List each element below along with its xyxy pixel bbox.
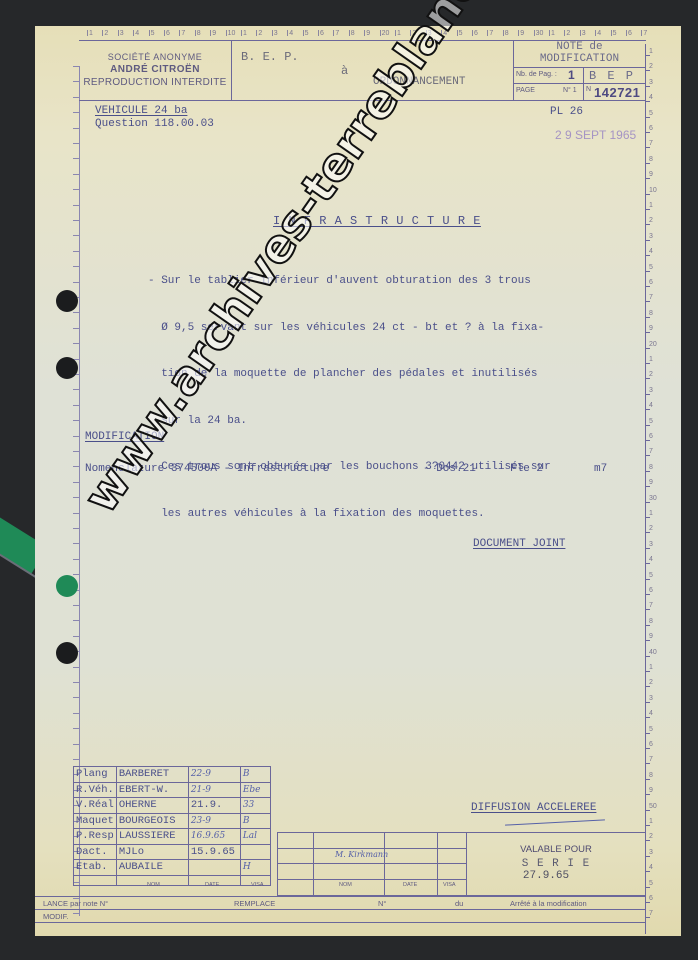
ruler-number: 6 (649, 587, 653, 594)
signature-visa: 33 (240, 798, 270, 814)
ruler-number: 40 (649, 649, 657, 656)
attachment-note: DOCUMENT JOINT (473, 538, 565, 550)
signature-header-cell (74, 875, 117, 885)
ruler-tick (179, 30, 180, 36)
nb-pages-label: Nb. de Pag. : (516, 71, 557, 78)
header-divider-1 (231, 40, 232, 100)
ruler-tick (87, 30, 88, 36)
ruler-tick (73, 143, 79, 144)
ruler-tick (73, 574, 79, 575)
ruler-tick (73, 205, 79, 206)
ruler-tick (645, 332, 650, 333)
ruler-tick (210, 30, 211, 36)
validity-label: VALABLE POUR (466, 844, 646, 855)
signature-date: 21-9 (188, 782, 240, 798)
signature-role: Dact. (74, 844, 117, 860)
ruler-tick (645, 363, 650, 364)
modification-code: m7 (594, 463, 607, 475)
signature-visa: Lal (240, 829, 270, 845)
ruler-tick (645, 348, 650, 349)
ruler-tick (549, 30, 550, 36)
ruler-tick (73, 744, 79, 745)
ruler-tick (645, 502, 650, 503)
ruler-number: 1 (649, 48, 653, 55)
ruler-tick (645, 209, 650, 210)
ruler-tick (645, 455, 650, 456)
second-block-row-line (277, 879, 467, 880)
ruler-number: 6 (166, 30, 170, 37)
ruler-number: 9 (649, 787, 653, 794)
dept-code: B E P (589, 69, 635, 83)
ruler-tick (645, 286, 650, 287)
ruler-number: 9 (212, 30, 216, 37)
header-divider-4 (513, 83, 646, 84)
ruler-number: 20 (649, 341, 657, 348)
vehicle-title: VEHICULE 24 ba (95, 105, 187, 117)
ruler-number: 2 (104, 30, 108, 37)
ruler-number: 5 (151, 30, 155, 37)
ruler-tick (287, 30, 288, 36)
header-divider-5 (583, 67, 584, 100)
ruler-tick (645, 317, 650, 318)
body-line: sur la 24 ba. (148, 414, 551, 430)
ruler-number: 6 (649, 125, 653, 132)
ruler-tick (73, 682, 79, 683)
ruler-tick (645, 194, 650, 195)
ruler-number: 30 (536, 30, 544, 37)
ruler-number: 8 (505, 30, 509, 37)
punch-hole (56, 575, 78, 597)
ruler-number: 2 (566, 30, 570, 37)
ruler-tick (645, 902, 650, 903)
ruler-number: 3 (582, 30, 586, 37)
ruler-number: 3 (649, 849, 653, 856)
ruler-number: 7 (489, 30, 493, 37)
header-divider-3 (513, 67, 646, 68)
ruler-tick (645, 86, 650, 87)
ruler-tick (364, 30, 365, 36)
footer-mid-line (35, 909, 646, 910)
ruler-number: 9 (649, 325, 653, 332)
ruler-number: 9 (520, 30, 524, 37)
ruler-tick (73, 513, 79, 514)
ruler-number: 8 (649, 156, 653, 163)
ruler-number: 4 (649, 248, 653, 255)
ruler-tick (645, 240, 650, 241)
signature-row: Dact.MJLo15.9.65 (74, 844, 271, 860)
signature-role: Plang (74, 767, 117, 783)
date-stamp: 2 9 SEPT 1965 (555, 128, 636, 142)
ruler-tick (73, 636, 79, 637)
nb-pages-value: 1 (568, 68, 575, 82)
signature-visa: H (240, 860, 270, 876)
ruler-tick (645, 378, 650, 379)
ruler-number: 5 (649, 264, 653, 271)
second-block-col-line (437, 832, 438, 896)
second-block-row-line (277, 848, 467, 849)
number-label: N (586, 86, 591, 93)
ruler-tick (73, 343, 79, 344)
signature-visa (240, 844, 270, 860)
ruler-tick (564, 30, 565, 36)
ruler-tick (645, 625, 650, 626)
signature-role: V.Réal (74, 798, 117, 814)
ruler-tick (73, 266, 79, 267)
signature-name: LAUSSIERE (116, 829, 188, 845)
ruler-tick (487, 30, 488, 36)
footer-arrete-label: Arrêté à la modification (510, 899, 587, 908)
ruler-number: 2 (649, 525, 653, 532)
col-visa-label: VISA (251, 882, 264, 888)
ruler-number: 8 (649, 310, 653, 317)
ruler-tick (645, 748, 650, 749)
signature-date: 22-9 (188, 767, 240, 783)
ruler-tick (645, 763, 650, 764)
ruler-tick (645, 486, 650, 487)
ruler-number: 6 (628, 30, 632, 37)
ruler-number: 2 (649, 217, 653, 224)
ruler-tick (641, 30, 642, 36)
ruler-tick (73, 97, 79, 98)
ruler-number: 9 (649, 633, 653, 640)
ruler-number: 4 (289, 30, 293, 37)
ruler-number: 7 (649, 140, 653, 147)
ruler-tick (645, 255, 650, 256)
ruler-tick (645, 440, 650, 441)
ruler-number: 7 (649, 756, 653, 763)
ruler-number: 1 (649, 202, 653, 209)
ruler-tick (73, 405, 79, 406)
ruler-tick (73, 528, 79, 529)
signature-role: Etab. (74, 860, 117, 876)
sender-department: B. E. P. (241, 50, 299, 64)
ruler-tick (318, 30, 319, 36)
col-nom-label: NOM (147, 882, 160, 888)
ruler-tick (645, 579, 650, 580)
ruler-number: 1 (649, 510, 653, 517)
ruler-tick (645, 609, 650, 610)
second-signature-block (277, 832, 467, 896)
ruler-tick (645, 70, 650, 71)
ruler-tick (73, 759, 79, 760)
ruler-number: 3 (649, 541, 653, 548)
signature-row: P.RespLAUSSIERE16.9.65Lal (74, 829, 271, 845)
ruler-tick (73, 913, 79, 914)
ruler-number: 7 (649, 910, 653, 917)
second-col-nom-label: NOM (339, 882, 352, 888)
page-label: PAGE (516, 87, 535, 94)
ruler-number: 8 (351, 30, 355, 37)
ruler-number: 4 (135, 30, 139, 37)
second-col-visa-label: VISA (443, 882, 456, 888)
ruler-tick (303, 30, 304, 36)
ruler-number: 6 (649, 741, 653, 748)
ruler-number: 6 (474, 30, 478, 37)
ruler-number: 2 (649, 371, 653, 378)
ruler-tick (73, 174, 79, 175)
signature-visa: Ebe (240, 782, 270, 798)
company-name: ANDRÉ CITROËN (79, 64, 231, 75)
ruler-tick (226, 30, 227, 36)
ruler-number: 3 (649, 79, 653, 86)
ruler-number: 2 (649, 833, 653, 840)
ruler-tick (534, 30, 535, 36)
signature-role: R.Véh. (74, 782, 117, 798)
ruler-number: 8 (649, 464, 653, 471)
ruler-number: 3 (120, 30, 124, 37)
ruler-tick (241, 30, 242, 36)
ruler-tick (272, 30, 273, 36)
ruler-number: 1 (649, 664, 653, 671)
ruler-number: 5 (649, 880, 653, 887)
ruler-tick (73, 251, 79, 252)
punch-hole (56, 357, 78, 379)
folio-number: Fle 2 (510, 463, 543, 475)
col-date-label: DATE (205, 882, 219, 888)
signature-table: PlangBARBERET22-9BR.Véh.EBERT-W.21-9EbeV… (73, 766, 271, 886)
ruler-tick (472, 30, 473, 36)
ruler-tick (645, 147, 650, 148)
ruler-tick (73, 728, 79, 729)
ruler-tick (645, 656, 650, 657)
second-col-date-label: DATE (403, 882, 417, 888)
signature-name: BOURGEOIS (116, 813, 188, 829)
ruler-tick (645, 425, 650, 426)
ruler-number: 1 (551, 30, 555, 37)
signature-name: BARBERET (116, 767, 188, 783)
ruler-tick (73, 328, 79, 329)
punch-hole (56, 290, 78, 312)
signature-row: Etab.AUBAILEH (74, 860, 271, 876)
punch-hole (56, 642, 78, 664)
right-ruler: 1234567891012345678920123456789301234567… (645, 44, 681, 934)
doc-type-line-2: MODIFICATION (513, 53, 646, 65)
ruler-tick (645, 733, 650, 734)
footer-lance-label: LANCE par note N° (43, 899, 108, 908)
validity-serie: S E R I E (466, 858, 646, 870)
ruler-tick (611, 30, 612, 36)
signature-name: AUBAILE (116, 860, 188, 876)
ruler-tick (73, 112, 79, 113)
ruler-tick (645, 702, 650, 703)
footer-top-line (35, 896, 646, 897)
signature-role: P.Resp (74, 829, 117, 845)
ruler-tick (133, 30, 134, 36)
doc-type-line-1: NOTE de (513, 41, 646, 53)
ruler-tick (645, 563, 650, 564)
ruler-number: 9 (366, 30, 370, 37)
ruler-tick (645, 178, 650, 179)
ruler-number: 1 (649, 356, 653, 363)
ruler-tick (195, 30, 196, 36)
ruler-tick (73, 128, 79, 129)
ruler-tick (645, 794, 650, 795)
ruler-tick (73, 158, 79, 159)
footer-du-label: du (455, 899, 463, 908)
ruler-tick (645, 532, 650, 533)
ruler-number: 50 (649, 803, 657, 810)
diffusion-note: DIFFUSION ACCELEREE (471, 802, 596, 814)
ruler-tick (73, 312, 79, 313)
ruler-number: 4 (649, 94, 653, 101)
second-block-col-line (384, 832, 385, 896)
ruler-tick (645, 271, 650, 272)
footer-remplace-label: REMPLACE (234, 899, 275, 908)
second-block-row-line (277, 863, 467, 864)
ruler-number: 1 (243, 30, 247, 37)
ruler-tick (73, 497, 79, 498)
ruler-tick (503, 30, 504, 36)
ruler-number: 7 (335, 30, 339, 37)
signature-date: 15.9.65 (188, 844, 240, 860)
ruler-number: 20 (382, 30, 390, 37)
ruler-tick (73, 605, 79, 606)
ruler-number: 3 (649, 233, 653, 240)
ruler-number: 7 (649, 448, 653, 455)
ruler-tick (645, 132, 650, 133)
ruler-number: 1 (649, 818, 653, 825)
ruler-tick (645, 594, 650, 595)
signature-row: R.Véh.EBERT-W.21-9Ebe (74, 782, 271, 798)
second-block-name: M. Kirkmann (335, 850, 388, 859)
signature-name: MJLo (116, 844, 188, 860)
ruler-number: 3 (274, 30, 278, 37)
ruler-number: 6 (649, 433, 653, 440)
ruler-tick (380, 30, 381, 36)
dossier-number: - Dos.21 (423, 463, 476, 475)
ruler-number: 10 (228, 30, 236, 37)
ruler-tick (645, 686, 650, 687)
footer-number-label: N° (378, 899, 386, 908)
ruler-number: 6 (649, 279, 653, 286)
document-number: 142721 (594, 85, 640, 100)
footer-bottom-line (35, 922, 646, 923)
ruler-number: 3 (649, 387, 653, 394)
signature-name: OHERNE (116, 798, 188, 814)
ruler-tick (73, 220, 79, 221)
signature-visa: B (240, 767, 270, 783)
ruler-tick (645, 224, 650, 225)
ruler-tick (73, 713, 79, 714)
signature-date: 23-9 (188, 813, 240, 829)
ruler-tick (645, 810, 650, 811)
ruler-tick (73, 667, 79, 668)
ruler-number: 5 (649, 110, 653, 117)
ruler-number: 9 (649, 171, 653, 178)
ruler-tick (645, 779, 650, 780)
signature-date: 21.9. (188, 798, 240, 814)
ruler-tick (73, 559, 79, 560)
ruler-number: 4 (649, 864, 653, 871)
ruler-tick (73, 436, 79, 437)
ruler-tick (73, 620, 79, 621)
ruler-number: 7 (643, 30, 647, 37)
ruler-tick (645, 301, 650, 302)
plan-ref: PL 26 (550, 106, 583, 118)
ruler-number: 8 (197, 30, 201, 37)
ruler-number: 3 (649, 695, 653, 702)
ruler-number: 1 (89, 30, 93, 37)
ruler-tick (73, 235, 79, 236)
signature-row: MaquetBOURGEOIS23-9B (74, 813, 271, 829)
company-line-1: SOCIÉTÉ ANONYME (79, 52, 231, 62)
ruler-tick (333, 30, 334, 36)
validity-date: 27.9.65 (466, 870, 626, 882)
ruler-tick (164, 30, 165, 36)
ruler-tick (645, 471, 650, 472)
ruler-number: 10 (649, 187, 657, 194)
ruler-tick (73, 451, 79, 452)
ruler-tick (73, 389, 79, 390)
ruler-number: 5 (649, 726, 653, 733)
page-number: N° 1 (563, 87, 577, 94)
ruler-tick (645, 163, 650, 164)
signature-date (188, 860, 240, 876)
ruler-tick (73, 543, 79, 544)
ruler-tick (118, 30, 119, 36)
ruler-tick (256, 30, 257, 36)
ruler-tick (645, 548, 650, 549)
question-ref: Question 118.00.03 (95, 118, 214, 130)
ruler-tick (102, 30, 103, 36)
ruler-number: 6 (320, 30, 324, 37)
diffusion-signature (505, 819, 605, 825)
ruler-tick (518, 30, 519, 36)
ruler-tick (645, 517, 650, 518)
signature-date: 16.9.65 (188, 829, 240, 845)
ruler-tick (645, 394, 650, 395)
ruler-tick (645, 640, 650, 641)
ruler-number: 7 (181, 30, 185, 37)
body-line: - Sur le tablier inférieur d'auvent obtu… (148, 274, 551, 290)
ruler-number: 4 (649, 710, 653, 717)
ruler-tick (73, 420, 79, 421)
ruler-tick (595, 30, 596, 36)
ruler-tick (626, 30, 627, 36)
ruler-number: 6 (649, 895, 653, 902)
ruler-tick (73, 697, 79, 698)
signature-name: EBERT-W. (116, 782, 188, 798)
to-prefix: à (341, 64, 348, 78)
footer-modif-label: MODIF. (43, 912, 68, 921)
ruler-number: 7 (649, 294, 653, 301)
ruler-tick (580, 30, 581, 36)
company-line-3: REPRODUCTION INTERDITE (79, 77, 231, 88)
ruler-number: 5 (613, 30, 617, 37)
ruler-number: 7 (649, 602, 653, 609)
signature-row: V.RéalOHERNE21.9.33 (74, 798, 271, 814)
ruler-number: 2 (649, 679, 653, 686)
ruler-tick (149, 30, 150, 36)
ruler-number: 30 (649, 495, 657, 502)
ruler-tick (349, 30, 350, 36)
ruler-tick (645, 409, 650, 410)
body-text: - Sur le tablier inférieur d'auvent obtu… (148, 243, 551, 553)
ruler-number: 9 (649, 479, 653, 486)
ruler-tick (645, 825, 650, 826)
ruler-tick (73, 189, 79, 190)
ruler-number: 5 (649, 572, 653, 579)
ruler-tick (645, 917, 650, 918)
ruler-tick (645, 671, 650, 672)
ruler-number: 2 (649, 63, 653, 70)
ruler-number: 5 (305, 30, 309, 37)
ruler-number: 2 (258, 30, 262, 37)
ruler-number: 8 (649, 772, 653, 779)
signature-visa: B (240, 813, 270, 829)
body-line: les autres véhicules à la fixation des m… (148, 507, 551, 523)
ruler-number: 8 (649, 618, 653, 625)
